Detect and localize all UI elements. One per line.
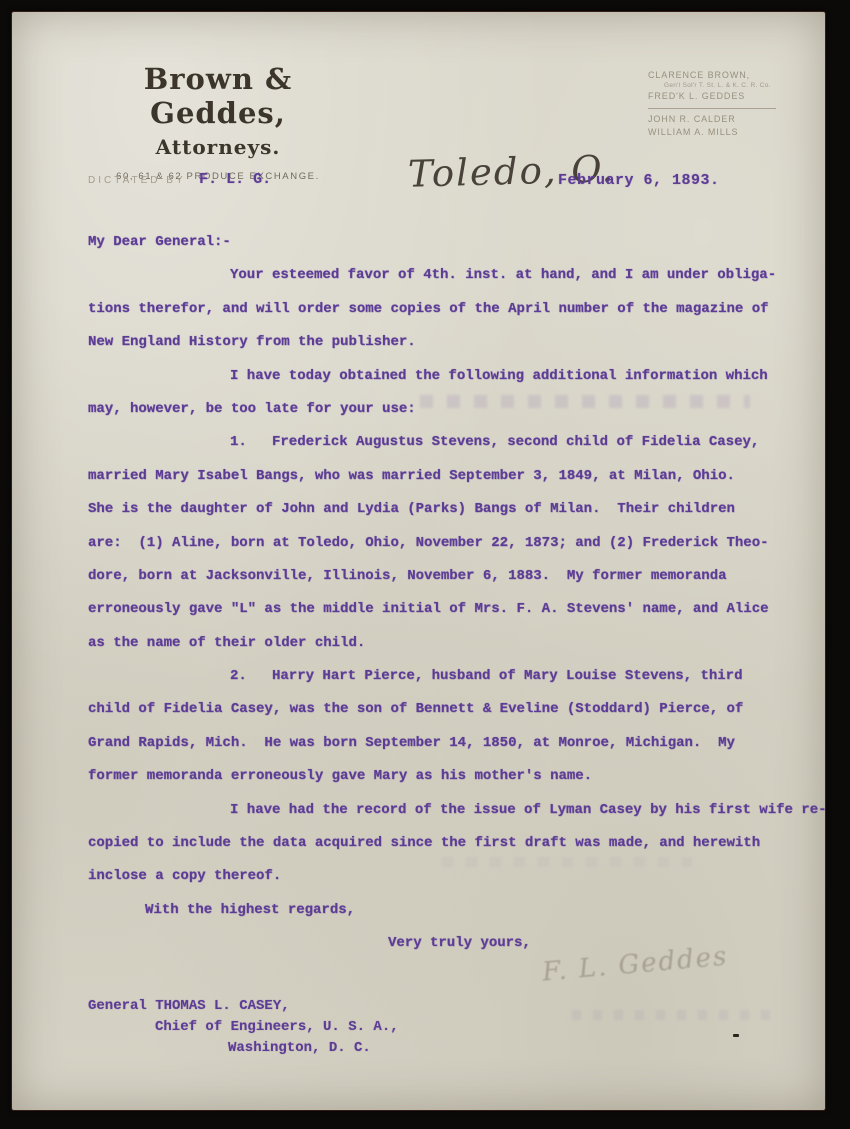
date-line: February 6, 1893. [558, 172, 720, 189]
typed-line: Your esteemed favor of 4th. inst. at han… [230, 259, 800, 292]
paper-speck [733, 1034, 739, 1037]
recipient-title: Chief of Engineers, U. S. A., [155, 1017, 399, 1038]
typed-line: 2. Harry Hart Pierce, husband of Mary Lo… [230, 660, 800, 693]
typed-line: She is the daughter of John and Lydia (P… [88, 493, 800, 526]
typed-line: former memoranda erroneously gave Mary a… [88, 760, 800, 793]
typed-line: married Mary Isabel Bangs, who was marri… [88, 460, 800, 493]
letter-body: My Dear General:- Your esteemed favor of… [88, 226, 800, 961]
recipient-city: Washington, D. C. [228, 1038, 399, 1059]
typed-line: may, however, be too late for your use: [88, 393, 800, 426]
typed-line: child of Fidelia Casey, was the son of B… [88, 693, 800, 726]
ink-ghosting [572, 1010, 782, 1020]
staff-note: Gen'l Sol'r T. St. L. & K. C. R. Co. [648, 82, 823, 90]
typed-line: dore, born at Jacksonville, Illinois, No… [88, 560, 800, 593]
recipient-name: General THOMAS L. CASEY, [88, 996, 399, 1017]
staff-name: JOHN R. CALDER [648, 113, 823, 126]
letter-paper: Brown & Geddes, Attorneys. 60, 61 & 62 P… [12, 12, 825, 1110]
typed-line: 1. Frederick Augustus Stevens, second ch… [230, 426, 800, 459]
typed-lines: Your esteemed favor of 4th. inst. at han… [88, 259, 800, 960]
salutation: My Dear General:- [88, 226, 800, 259]
typed-line: With the highest regards, [145, 894, 800, 927]
letterhead-firm: Brown & Geddes, Attorneys. 60, 61 & 62 P… [100, 62, 336, 182]
typed-line: inclose a copy thereof. [88, 860, 800, 893]
typed-line: copied to include the data acquired sinc… [88, 827, 800, 860]
dictated-by-label: DICTATED BY [88, 175, 186, 186]
staff-name: WILLIAM A. MILLS [648, 126, 823, 139]
staff-name: FRED'K L. GEDDES [648, 90, 823, 103]
typed-line: tions therefor, and will order some copi… [88, 293, 800, 326]
letterhead-staff-list: CLARENCE BROWN, Gen'l Sol'r T. St. L. & … [648, 69, 823, 139]
typed-line: New England History from the publisher. [88, 326, 800, 359]
typed-line: I have had the record of the issue of Ly… [230, 794, 800, 827]
recipient-block: General THOMAS L. CASEY, Chief of Engine… [88, 996, 399, 1059]
typed-line: as the name of their older child. [88, 627, 800, 660]
staff-divider [648, 108, 776, 109]
dictated-by-line: DICTATED BY F. L. G. [88, 170, 271, 188]
staff-name: CLARENCE BROWN, [648, 69, 823, 82]
firm-name: Brown & Geddes, [100, 62, 336, 130]
scan-background: Brown & Geddes, Attorneys. 60, 61 & 62 P… [0, 0, 850, 1129]
typed-line: Grand Rapids, Mich. He was born Septembe… [88, 727, 800, 760]
firm-subtitle: Attorneys. [100, 135, 336, 159]
typed-line: erroneously gave "L" as the middle initi… [88, 593, 800, 626]
typed-line: I have today obtained the following addi… [230, 360, 800, 393]
typed-line: are: (1) Aline, born at Toledo, Ohio, No… [88, 527, 800, 560]
dictated-by-initials: F. L. G. [199, 171, 271, 188]
